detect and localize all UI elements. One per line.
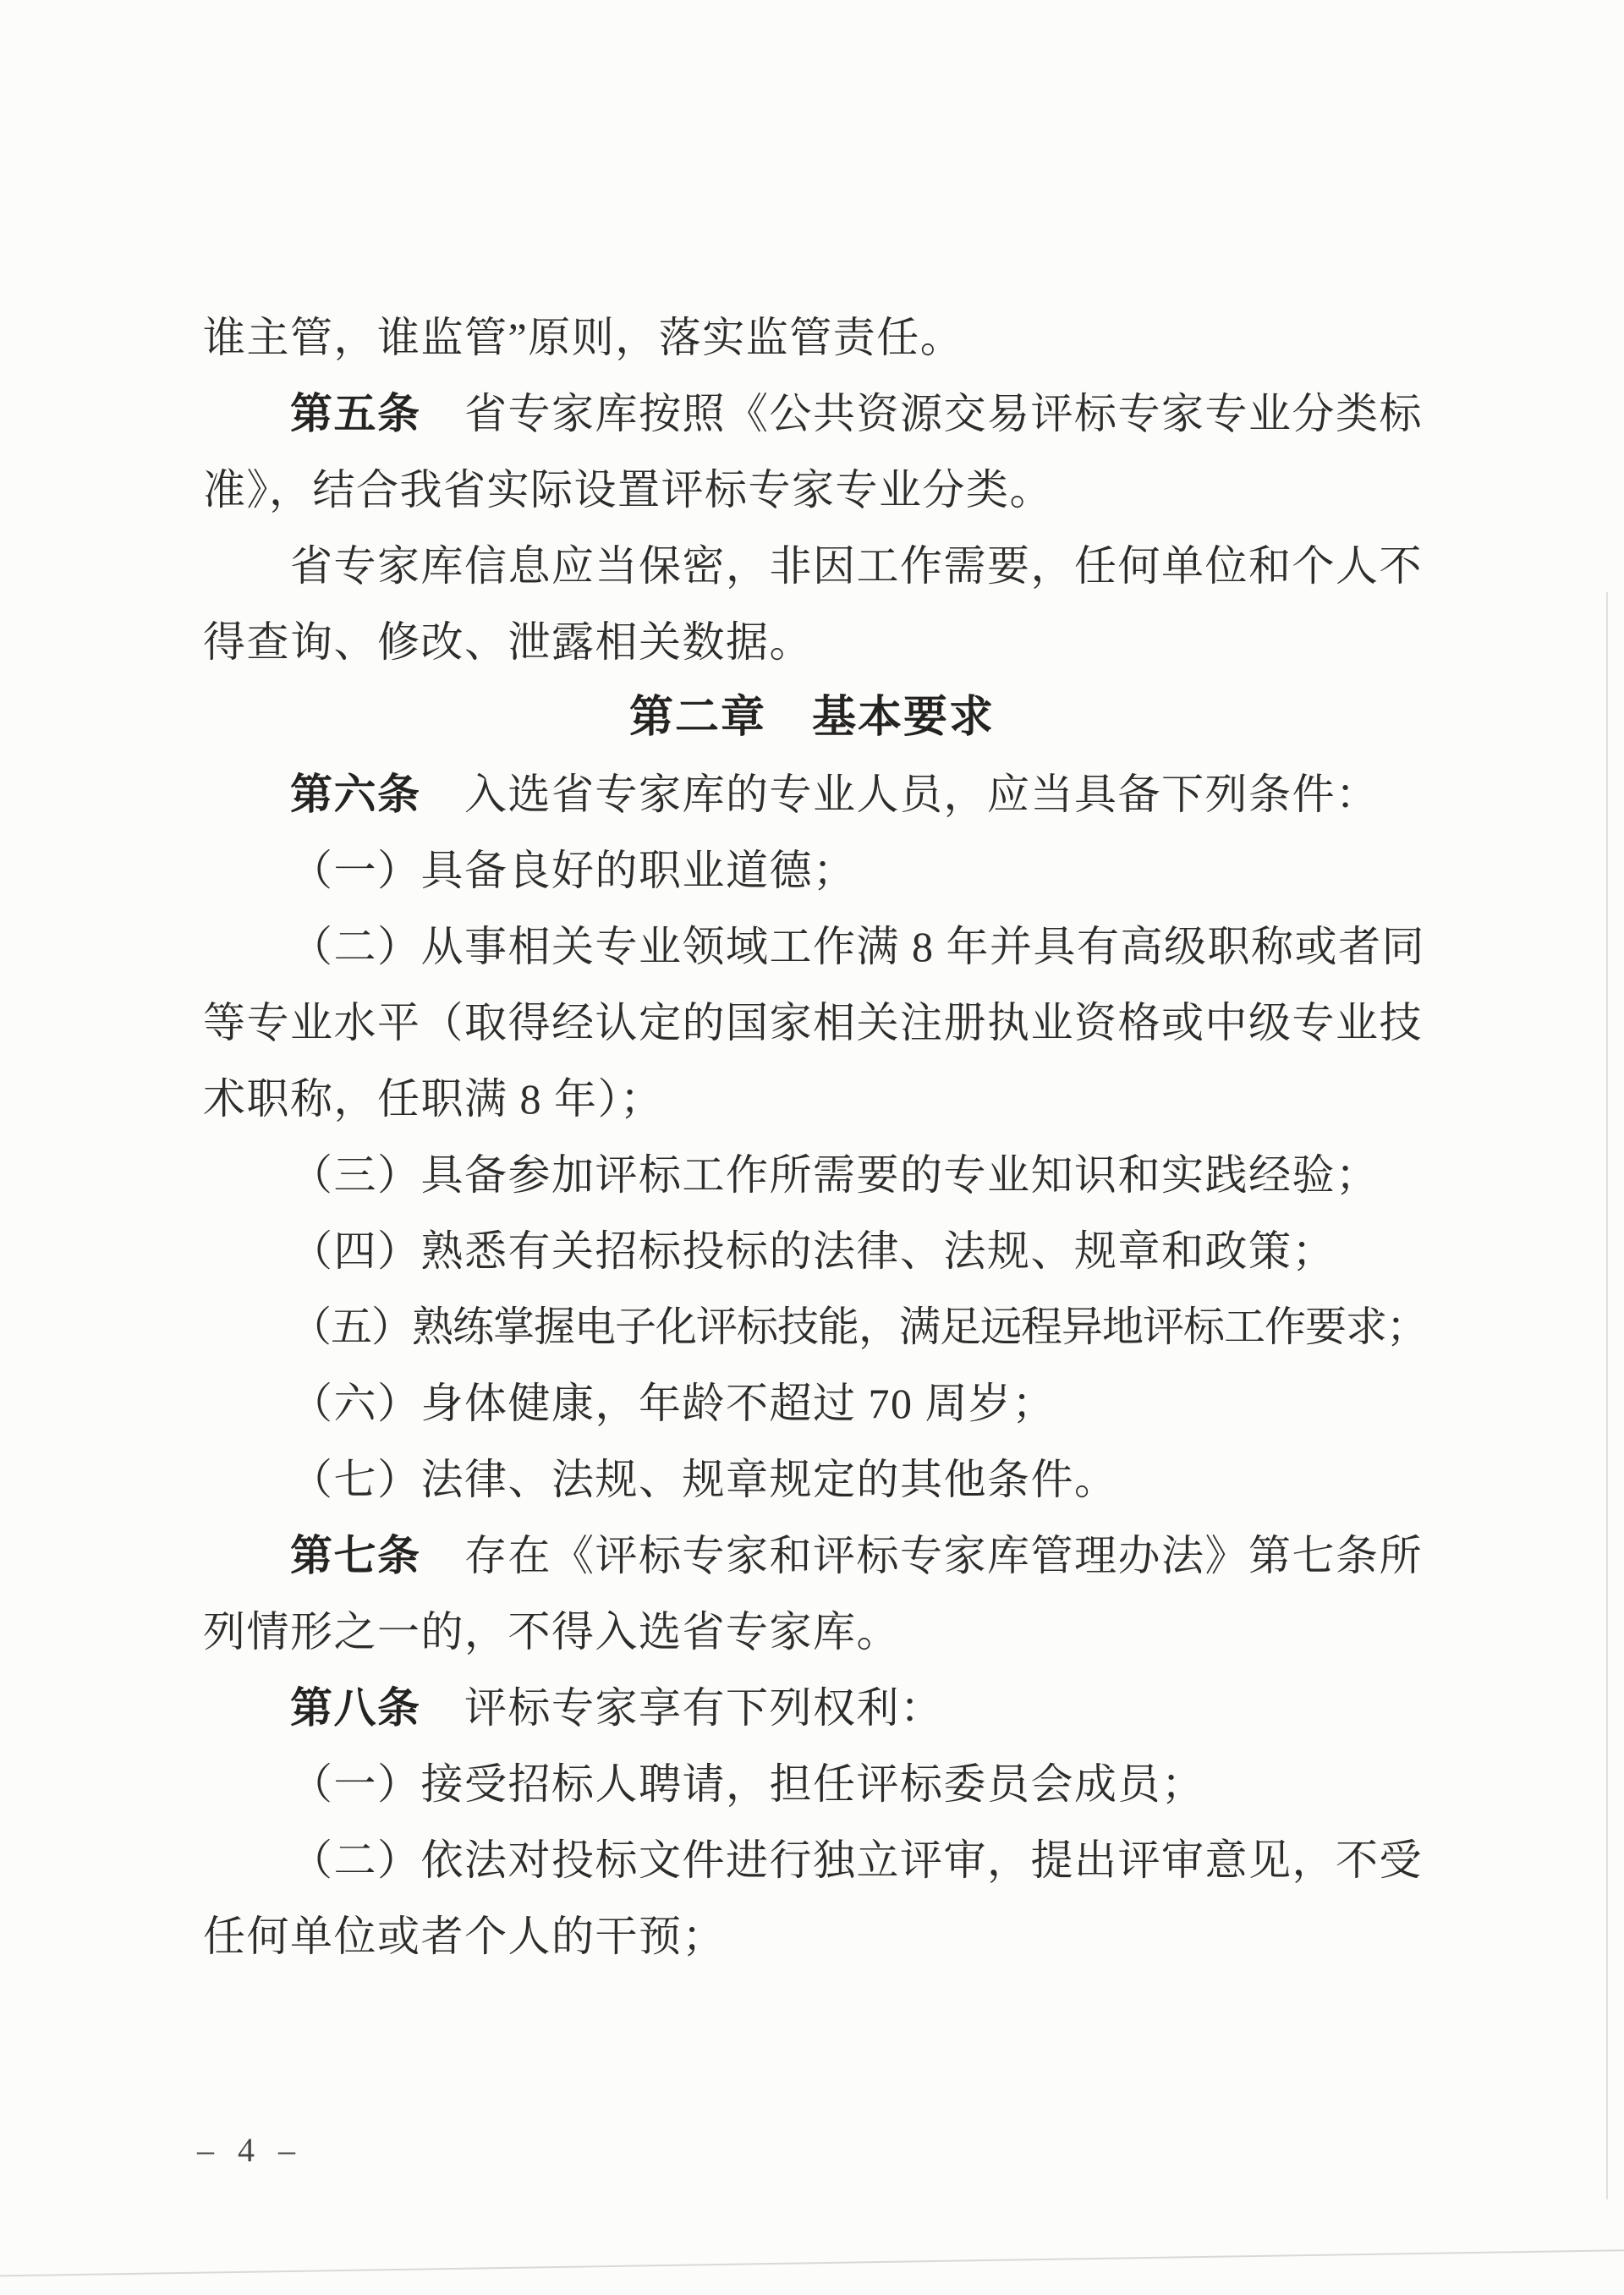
text-line: 第五条 省专家库按照《公共资源交易评标专家专业分类标 [203,387,1421,440]
text-line: （六）身体健康，年龄不超过 70 周岁； [203,1377,1421,1430]
text-run: 入选省专家库的专业人员，应当具备下列条件： [421,771,1380,818]
text-run: 得查询、修改、泄露相关数据。 [203,618,813,666]
text-line: 术职称，任职满 8 年）； [203,1073,1421,1125]
scan-edge-vertical [1606,592,1608,2199]
text-line: 第七条 存在《评标专家和评标专家库管理办法》第七条所 [203,1529,1421,1582]
article-number: 第六条 [290,771,421,818]
document-text: 谁主管，谁监管”原则，落实监管责任。第五条 省专家库按照《公共资源交易评标专家专… [0,0,1624,2295]
chapter-heading: 第二章 基本要求 [203,692,1421,744]
text-run: 等专业水平（取得经认定的国家相关注册执业资格或中级专业技 [203,999,1423,1046]
text-run: （二）从事相关专业领域工作满 8 年并具有高级职称或者同 [290,923,1425,970]
text-line: （四）熟悉有关招标投标的法律、法规、规章和政策； [203,1225,1421,1277]
text-run: 评标专家享有下列权利： [421,1684,944,1732]
text-line: （一）具备良好的职业道德； [203,844,1421,897]
text-line: 第八条 评标专家享有下列权利： [203,1682,1421,1734]
text-run: 省专家库按照《公共资源交易评标专家专业分类标 [421,390,1424,437]
text-run: （三）具备参加评标工作所需要的专业知识和实践经验； [290,1151,1380,1199]
text-line: 省专家库信息应当保密，非因工作需要，任何单位和个人不 [203,540,1421,592]
text-line: 准》，结合我省实际设置评标专家专业分类。 [203,464,1421,516]
text-line: （二）依法对投标文件进行独立评审，提出评审意见，不受 [203,1834,1421,1886]
text-line: （五）熟练掌握电子化评标技能，满足远程异地评标工作要求； [203,1301,1421,1353]
text-line: 等专业水平（取得经认定的国家相关注册执业资格或中级专业技 [203,997,1421,1049]
text-run: （四）熟悉有关招标投标的法律、法规、规章和政策； [290,1227,1336,1275]
text-line: （二）从事相关专业领域工作满 8 年并具有高级职称或者同 [203,920,1421,973]
text-run: （一）具备良好的职业道德； [290,847,857,894]
article-number: 第七条 [290,1532,421,1579]
page-number: – 4 – [197,2130,303,2170]
text-line: 得查询、修改、泄露相关数据。 [203,616,1421,668]
text-line: 谁主管，谁监管”原则，落实监管责任。 [203,311,1421,364]
text-run: 省专家库信息应当保密，非因工作需要，任何单位和个人不 [290,542,1423,590]
text-run: 列情形之一的，不得入选省专家库。 [203,1608,900,1655]
text-run: （五）熟练掌握电子化评标技能，满足远程异地评标工作要求； [290,1304,1427,1350]
text-run: 谁主管，谁监管”原则，落实监管责任。 [203,314,963,361]
text-line: （七）法律、法规、规章规定的其他条件。 [203,1453,1421,1506]
text-run: （二）依法对投标文件进行独立评审，提出评审意见，不受 [290,1837,1423,1884]
text-run: （七）法律、法规、规章规定的其他条件。 [290,1456,1118,1503]
text-run: （六）身体健康，年龄不超过 70 周岁； [290,1380,1056,1427]
text-run: 术职称，任职满 8 年）； [203,1075,664,1123]
document-page: 谁主管，谁监管”原则，落实监管责任。第五条 省专家库按照《公共资源交易评标专家专… [0,0,1624,2295]
text-line: 列情形之一的，不得入选省专家库。 [203,1606,1421,1658]
text-run: 任何单位或者个人的干预； [203,1913,726,1960]
article-number: 第二章 基本要求 [629,694,995,742]
text-line: 任何单位或者个人的干预； [203,1910,1421,1963]
text-line: （三）具备参加评标工作所需要的专业知识和实践经验； [203,1149,1421,1201]
article-number: 第八条 [290,1684,421,1732]
article-number: 第五条 [290,390,421,437]
text-line: 第六条 入选省专家库的专业人员，应当具备下列条件： [203,768,1421,821]
text-line: （一）接受招标人聘请，担任评标委员会成员； [203,1758,1421,1810]
text-run: 准》，结合我省实际设置评标专家专业分类。 [203,466,1053,513]
text-run: 存在《评标专家和评标专家库管理办法》第七条所 [421,1532,1424,1579]
text-run: （一）接受招标人聘请，担任评标委员会成员； [290,1760,1205,1808]
